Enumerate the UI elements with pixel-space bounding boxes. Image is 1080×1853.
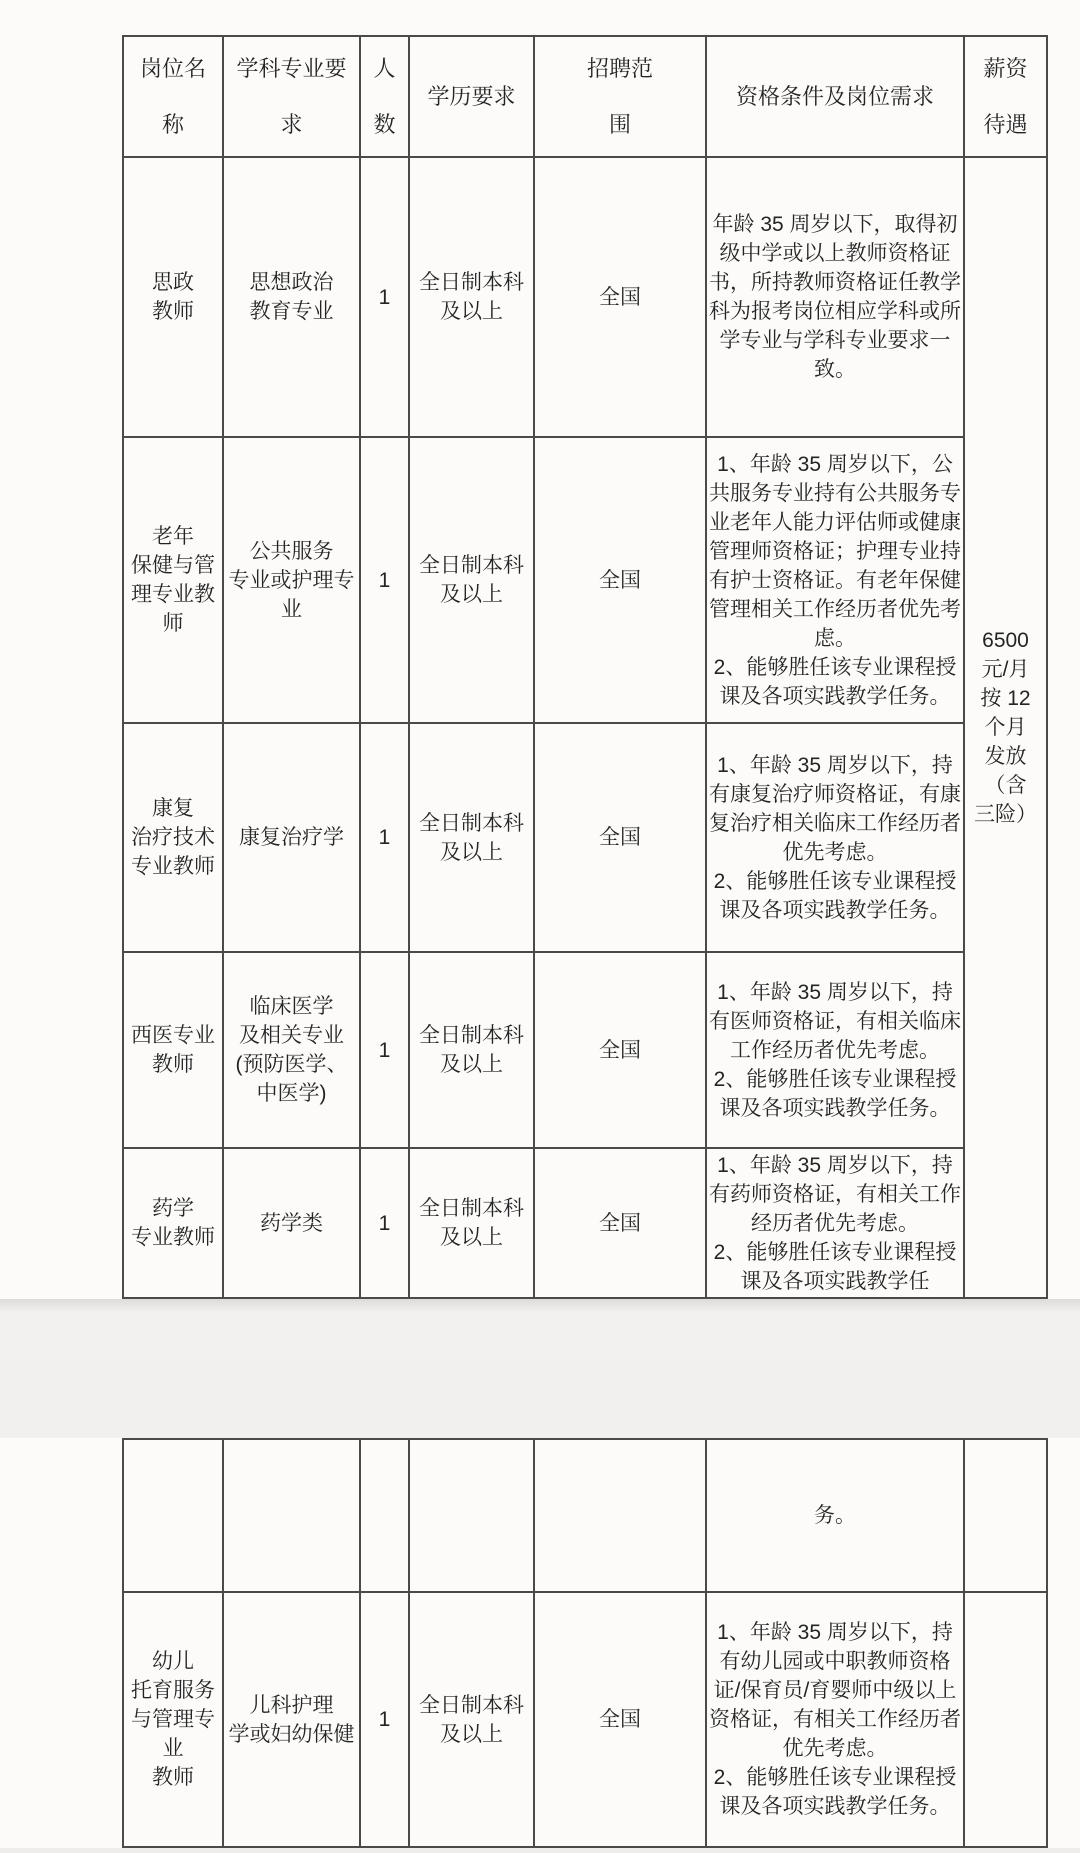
education-cell: 全日制本科 及以上 xyxy=(409,723,534,952)
salary-cell xyxy=(964,1439,1047,1592)
scope-cell: 全国 xyxy=(534,1148,706,1298)
header-position: 岗位名 称 xyxy=(123,36,223,157)
table-row: 思政 教师 思想政治 教育专业 1 全日制本科 及以上 全国 年龄 35 周岁以… xyxy=(123,157,1047,437)
count-cell: 1 xyxy=(360,952,409,1148)
recruitment-table-page-1: 岗位名 称 学科专业要 求 人 数 学历要求 招聘范 围 资格条件及岗位需求 薪… xyxy=(122,35,1048,1299)
position-cell: 幼儿 托育服务 与管理专 业 教师 xyxy=(123,1592,223,1847)
table-row: 药学 专业教师 药学类 1 全日制本科 及以上 全国 1、年龄 35 周岁以下，… xyxy=(123,1148,1047,1298)
scope-cell xyxy=(534,1439,706,1592)
position-cell: 思政 教师 xyxy=(123,157,223,437)
header-qualification: 资格条件及岗位需求 xyxy=(706,36,964,157)
header-salary: 薪资 待遇 xyxy=(964,36,1047,157)
table-header-row: 岗位名 称 学科专业要 求 人 数 学历要求 招聘范 围 资格条件及岗位需求 薪… xyxy=(123,36,1047,157)
education-cell: 全日制本科 及以上 xyxy=(409,157,534,437)
qualification-cell: 1、年龄 35 周岁以下，持有幼儿园或中职教师资格证/保育员/育婴师中级以上资格… xyxy=(706,1592,964,1847)
salary-cell: 6500 元/月 按 12 个月 发放 （含 三险） xyxy=(964,157,1047,1298)
major-cell: 康复治疗学 xyxy=(223,723,360,952)
education-cell: 全日制本科 及以上 xyxy=(409,1148,534,1298)
position-cell: 药学 专业教师 xyxy=(123,1148,223,1298)
count-cell: 1 xyxy=(360,157,409,437)
recruitment-table-page-2: 务。 幼儿 托育服务 与管理专 业 教师 儿科护理 学或妇幼保健 1 全日制本科… xyxy=(122,1438,1048,1848)
page-1: 岗位名 称 学科专业要 求 人 数 学历要求 招聘范 围 资格条件及岗位需求 薪… xyxy=(0,0,1080,1299)
page-break-gap xyxy=(0,1299,1080,1438)
scope-cell: 全国 xyxy=(534,723,706,952)
education-cell: 全日制本科 及以上 xyxy=(409,437,534,723)
major-cell: 公共服务 专业或护理专 业 xyxy=(223,437,360,723)
qualification-cell: 年龄 35 周岁以下，取得初级中学或以上教师资格证书，所持教师资格证任教学科为报… xyxy=(706,157,964,437)
header-education: 学历要求 xyxy=(409,36,534,157)
scope-cell: 全国 xyxy=(534,157,706,437)
position-cell: 老年 保健与管 理专业教 师 xyxy=(123,437,223,723)
count-cell: 1 xyxy=(360,1148,409,1298)
education-cell: 全日制本科 及以上 xyxy=(409,952,534,1148)
bottom-strip xyxy=(0,1848,1080,1853)
count-cell xyxy=(360,1439,409,1592)
header-scope: 招聘范 围 xyxy=(534,36,706,157)
scope-cell: 全国 xyxy=(534,952,706,1148)
scope-cell: 全国 xyxy=(534,1592,706,1847)
qualification-cell: 1、年龄 35 周岁以下，公共服务专业持有公共服务专业老年人能力评估师或健康管理… xyxy=(706,437,964,723)
table-row: 西医专业 教师 临床医学 及相关专业 (预防医学、 中医学) 1 全日制本科 及… xyxy=(123,952,1047,1148)
count-cell: 1 xyxy=(360,723,409,952)
count-cell: 1 xyxy=(360,437,409,723)
table-row: 幼儿 托育服务 与管理专 业 教师 儿科护理 学或妇幼保健 1 全日制本科 及以… xyxy=(123,1592,1047,1847)
major-cell: 临床医学 及相关专业 (预防医学、 中医学) xyxy=(223,952,360,1148)
major-cell xyxy=(223,1439,360,1592)
table-row: 老年 保健与管 理专业教 师 公共服务 专业或护理专 业 1 全日制本科 及以上… xyxy=(123,437,1047,723)
qualification-cell: 1、年龄 35 周岁以下，持有医师资格证，有相关临床工作经历者优先考虑。 2、能… xyxy=(706,952,964,1148)
major-cell: 药学类 xyxy=(223,1148,360,1298)
position-cell xyxy=(123,1439,223,1592)
major-cell: 思想政治 教育专业 xyxy=(223,157,360,437)
qualification-cell: 1、年龄 35 周岁以下，持有药师资格证，有相关工作经历者优先考虑。 2、能够胜… xyxy=(706,1148,964,1298)
position-cell: 西医专业 教师 xyxy=(123,952,223,1148)
major-cell: 儿科护理 学或妇幼保健 xyxy=(223,1592,360,1847)
education-cell: 全日制本科 及以上 xyxy=(409,1592,534,1847)
table-row: 康复 治疗技术 专业教师 康复治疗学 1 全日制本科 及以上 全国 1、年龄 3… xyxy=(123,723,1047,952)
qualification-continuation-cell: 务。 xyxy=(706,1439,964,1592)
education-cell xyxy=(409,1439,534,1592)
count-cell: 1 xyxy=(360,1592,409,1847)
position-cell: 康复 治疗技术 专业教师 xyxy=(123,723,223,952)
page-2: 务。 幼儿 托育服务 与管理专 业 教师 儿科护理 学或妇幼保健 1 全日制本科… xyxy=(0,1438,1080,1848)
continuation-row: 务。 xyxy=(123,1439,1047,1592)
header-count: 人 数 xyxy=(360,36,409,157)
salary-cell xyxy=(964,1592,1047,1847)
header-major: 学科专业要 求 xyxy=(223,36,360,157)
qualification-cell: 1、年龄 35 周岁以下，持有康复治疗师资格证，有康复治疗相关临床工作经历者优先… xyxy=(706,723,964,952)
scope-cell: 全国 xyxy=(534,437,706,723)
